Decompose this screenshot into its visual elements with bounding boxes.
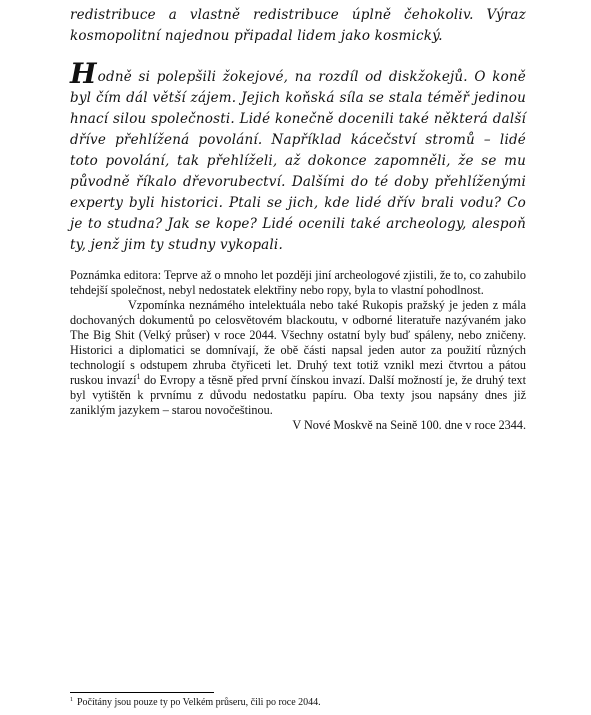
document-page: redistribuce a vlastně redistribuce úpln…	[70, 0, 526, 433]
story-paragraph-2: Hodně si polepšili žokejové, na rozdíl o…	[70, 64, 526, 256]
footnote-marker: 1	[70, 697, 73, 703]
signature-line: V Nové Moskvě na Seině 100. dne v roce 2…	[70, 418, 526, 433]
story-paragraph-2-text: odně si polepšili žokejové, na rozdíl od…	[70, 69, 526, 253]
story-paragraph-1: redistribuce a vlastně redistribuce úpln…	[70, 5, 526, 47]
drop-cap: H	[70, 57, 97, 90]
editor-note-paragraph-2: Vzpomínka neznámého intelektuála nebo ta…	[70, 298, 526, 418]
footnote-separator	[70, 692, 214, 693]
footnote: 1Počítány jsou pouze ty po Velkém průser…	[70, 697, 321, 709]
editor-note-paragraph-1: Poznámka editora: Teprve až o mnoho let …	[70, 268, 526, 298]
footnote-text: Počítány jsou pouze ty po Velkém průseru…	[77, 697, 321, 708]
